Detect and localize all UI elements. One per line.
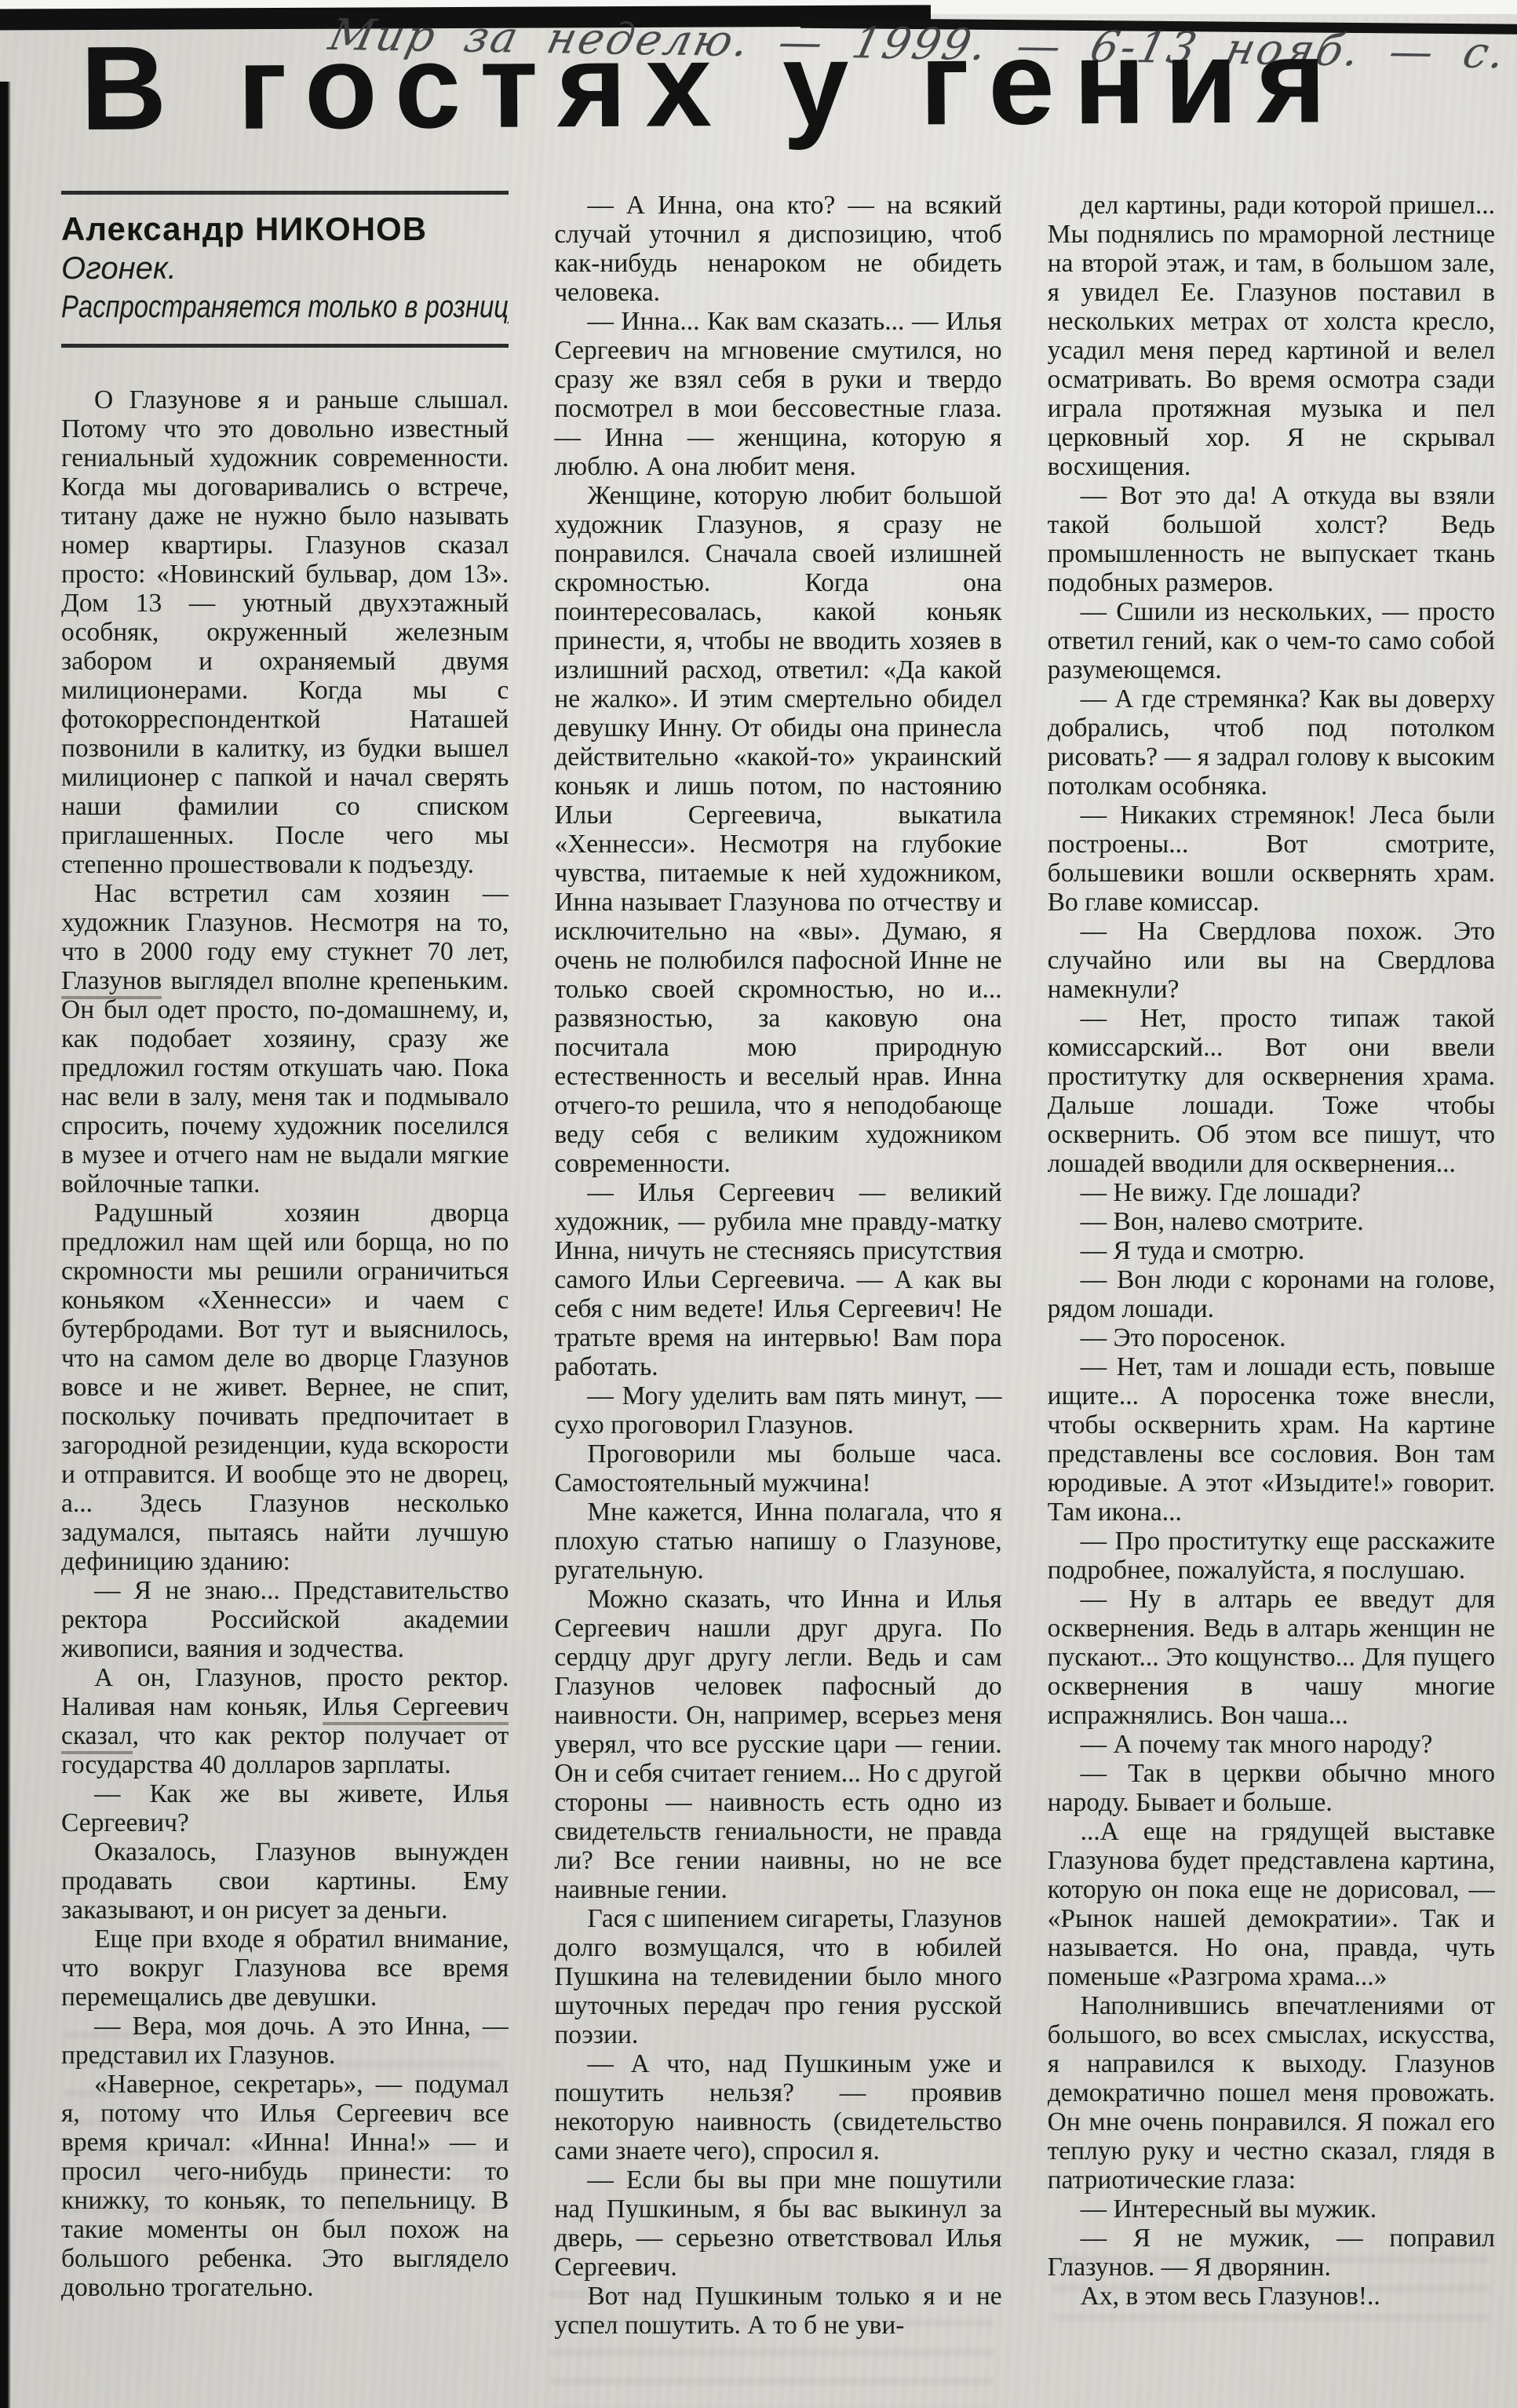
- paragraph: — Как же вы живете, Илья Сергеевич?: [61, 1779, 509, 1837]
- paragraph: — Не вижу. Где лошади?: [1048, 1178, 1495, 1207]
- paragraph: — Я не знаю... Представительство ректора…: [61, 1576, 509, 1663]
- paragraph: — Вот это да! А откуда вы взяли такой бо…: [1048, 481, 1495, 597]
- paragraph: — Я не мужик, — поправил Глазунов. — Я д…: [1048, 2224, 1495, 2282]
- paragraph: Нас встретил сам хозяин — художник Глазу…: [61, 879, 509, 1199]
- paragraph: дел картины, ради которой пришел... Мы п…: [1048, 191, 1495, 481]
- paragraph: — Про проститутку еще расскажите подробн…: [1048, 1527, 1495, 1585]
- author-name: Александр НИКОНОВ: [61, 209, 509, 250]
- paragraph: О Глазунове я и раньше слышал. Потому чт…: [61, 385, 509, 879]
- paragraph: А он, Глазунов, просто ректор. Наливая н…: [61, 1663, 509, 1779]
- paragraph: Можно сказать, что Инна и Илья Сергеевич…: [554, 1585, 1001, 1904]
- article-column-2: — А Инна, она кто? — на всякий случай ут…: [554, 191, 1001, 2408]
- article-title: В гостях у гения: [80, 13, 1345, 158]
- paragraph: — Если бы вы при мне пошутили над Пушкин…: [554, 2165, 1001, 2282]
- paragraph: — Вон люди с коронами на голове, рядом л…: [1048, 1265, 1495, 1323]
- paragraph: Оказалось, Глазунов вынужден продавать с…: [61, 1837, 509, 1925]
- column-2-text: — А Инна, она кто? — на всякий случай ут…: [554, 191, 1001, 2340]
- paragraph: — А что, над Пушкиным уже и пошутить нел…: [554, 2049, 1001, 2165]
- paragraph: Наполнившись впечатлениями от большого, …: [1048, 1991, 1495, 2195]
- paragraph: Еще при входе я обратил внимание, что во…: [61, 1925, 509, 2012]
- paragraph: — Вера, моя дочь. А это Инна, — представ…: [61, 2012, 509, 2070]
- paragraph: — Илья Сергеевич — великий художник, — р…: [554, 1178, 1001, 1381]
- source-publication: Огонек.: [61, 250, 509, 287]
- paragraph: — Так в церкви обычно много народу. Быва…: [1048, 1759, 1495, 1817]
- paragraph: — А где стремянка? Как вы доверху добрал…: [1048, 684, 1495, 801]
- paragraph: — Я туда и смотрю.: [1048, 1236, 1495, 1265]
- article-column-1: Александр НИКОНОВ Огонек. Распространяет…: [61, 191, 509, 2408]
- article-column-3: дел картины, ради которой пришел... Мы п…: [1048, 191, 1495, 2408]
- paragraph: Мне кажется, Инна полагала, что я плохую…: [554, 1498, 1001, 1585]
- paragraph: — Сшили из нескольких, — просто ответил …: [1048, 597, 1495, 684]
- byline-block: Александр НИКОНОВ Огонек. Распространяет…: [61, 191, 509, 348]
- paragraph: — Вон, налево смотрите.: [1048, 1207, 1495, 1236]
- pencil-underline: Илья Сергеевич сказал: [61, 1692, 509, 1754]
- paragraph: — Интересный вы мужик.: [1048, 2195, 1495, 2224]
- paragraph: — Ну в алтарь ее введут для осквернения.…: [1048, 1585, 1495, 1730]
- column-3-text: дел картины, ради которой пришел... Мы п…: [1048, 191, 1495, 2311]
- distribution-note: Распространяется только в розницу: [61, 287, 428, 327]
- paragraph: «Наверное, секретарь», — подумал я, пото…: [61, 2070, 509, 2302]
- paragraph: — Инна... Как вам сказать... — Илья Серг…: [554, 307, 1001, 481]
- paragraph: Женщине, которую любит большой художник …: [554, 481, 1001, 1178]
- column-1-text: О Глазунове я и раньше слышал. Потому чт…: [61, 385, 509, 2302]
- paragraph: Гася с шипением сигареты, Глазунов долго…: [554, 1904, 1001, 2049]
- article-columns: Александр НИКОНОВ Огонек. Распространяет…: [61, 191, 1495, 2408]
- paragraph: — А почему так много народу?: [1048, 1730, 1495, 1759]
- newspaper-clipping: Мир за неделю. — 1999. — 6-13 нояб. — с.…: [0, 0, 1517, 2408]
- paragraph: Проговорили мы больше часа. Самостоятель…: [554, 1439, 1001, 1498]
- paragraph: — Нет, просто типаж такой комиссарский..…: [1048, 1004, 1495, 1178]
- paragraph: — Могу уделить вам пять минут, — сухо пр…: [554, 1381, 1001, 1439]
- paragraph: Ах, в этом весь Глазунов!..: [1048, 2282, 1495, 2311]
- paragraph: — На Свердлова похож. Это случайно или в…: [1048, 917, 1495, 1004]
- paragraph: — Нет, там и лошади есть, повыше ищите..…: [1048, 1352, 1495, 1527]
- paragraph: ...А еще на грядущей выставке Глазунова …: [1048, 1817, 1495, 1991]
- paragraph: — Это поросенок.: [1048, 1323, 1495, 1352]
- paragraph: Радушный хозяин дворца предложил нам щей…: [61, 1199, 509, 1576]
- paragraph: Вот над Пушкиным только я и не успел пош…: [554, 2282, 1001, 2340]
- scan-fold-line: [0, 82, 11, 2408]
- pencil-underline: Глазунов: [61, 966, 162, 999]
- paragraph: — А Инна, она кто? — на всякий случай ут…: [554, 191, 1001, 307]
- paragraph: — Никаких стремянок! Леса были построены…: [1048, 801, 1495, 917]
